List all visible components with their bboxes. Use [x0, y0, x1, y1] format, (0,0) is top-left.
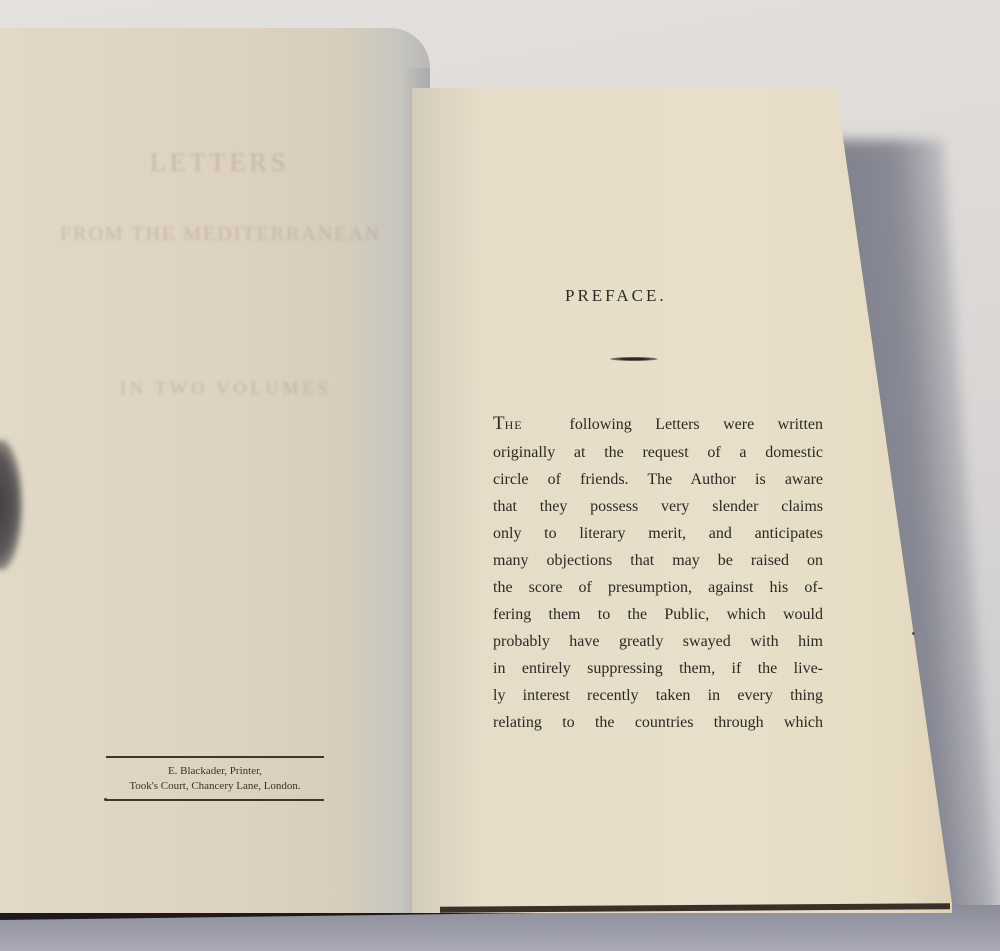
small-caps: HE	[505, 418, 523, 432]
ornament-rule-icon	[610, 357, 658, 361]
text-line: ly interest recently taken in every thin…	[493, 682, 823, 709]
text-line: many objections that may be raised on	[493, 547, 823, 574]
text-line: that they possess very slender claims	[493, 493, 823, 520]
printer-imprint: E. Blackader, Printer, Took's Court, Cha…	[100, 756, 330, 801]
paper-speck	[912, 632, 915, 635]
preface-body: THE following Letters were written origi…	[493, 410, 823, 736]
imprint-line-1: E. Blackader, Printer,	[100, 764, 330, 779]
text-line: fering them to the Public, which would	[493, 601, 823, 628]
text-line: probably have greatly swayed with him	[493, 628, 823, 655]
text-line: originally at the request of a domestic	[493, 439, 823, 466]
drop-cap: T	[493, 413, 505, 434]
text-line: the score of presumption, against his of…	[493, 574, 823, 601]
show-through-text: IN TWO VOLUMES	[120, 378, 331, 399]
imprint-line-2: Took's Court, Chancery Lane, London.	[100, 779, 330, 794]
text-line: THE following Letters were written	[493, 410, 823, 439]
imprint-rule-bottom	[106, 799, 324, 801]
preface-title: PREFACE.	[565, 286, 667, 306]
show-through-text: LETTERS	[150, 148, 289, 178]
show-through-text: FROM THE MEDITERRANEAN	[60, 223, 381, 246]
text-line: circle of friends. The Author is aware	[493, 466, 823, 493]
text-line: relating to the countries through which	[493, 709, 823, 736]
imprint-rule-top	[106, 756, 324, 758]
text-line: only to literary merit, and anticipates	[493, 520, 823, 547]
left-page: LETTERS FROM THE MEDITERRANEAN IN TWO VO…	[0, 28, 430, 913]
text-line: in entirely suppressing them, if the liv…	[493, 655, 823, 682]
